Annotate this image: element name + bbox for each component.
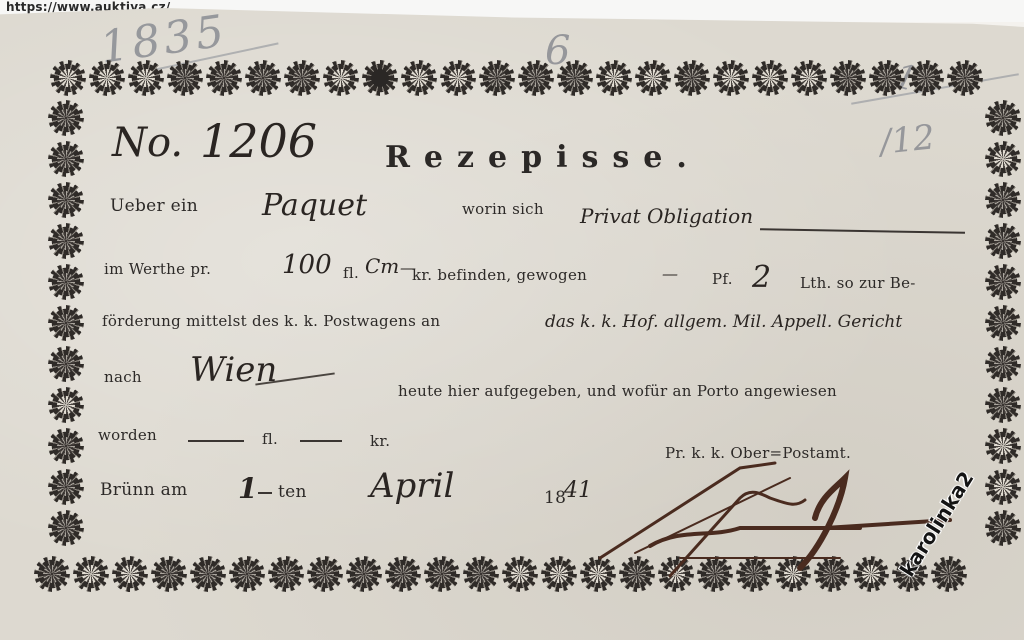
rosette-ornament (518, 60, 554, 96)
rosette-ornament (985, 141, 1021, 177)
line1-middle: worin sich (462, 200, 544, 218)
fl-label: fl. (262, 430, 278, 448)
pf-blank: — (662, 264, 678, 283)
rosette-ornament (791, 60, 827, 96)
rosette-ornament (48, 510, 84, 546)
day-suffix: ten (278, 482, 307, 502)
rosette-ornament (48, 223, 84, 259)
month: April (370, 466, 454, 506)
rosette-ornament (635, 60, 671, 96)
rosette-ornament (385, 556, 421, 592)
rosette-ornament (50, 60, 86, 96)
rosette-ornament (48, 182, 84, 218)
line4-prefix: nach (104, 368, 142, 386)
rosette-ornament (985, 100, 1021, 136)
rosette-ornament (151, 556, 187, 592)
rosette-ornament (985, 182, 1021, 218)
rosette-ornament (48, 346, 84, 382)
rosette-ornament (190, 556, 226, 592)
rosette-ornament (869, 60, 905, 96)
rosette-ornament (479, 60, 515, 96)
item-type: Paquet (262, 188, 367, 223)
rosette-ornament (48, 100, 84, 136)
rosette-ornament (48, 141, 84, 177)
line4-suffix: heute hier aufgegeben, und wofür an Port… (398, 382, 837, 400)
rosette-ornament (48, 387, 84, 423)
rosette-ornament (48, 305, 84, 341)
rosette-ornament (229, 556, 265, 592)
border-right (985, 100, 1021, 546)
day: 1 (238, 472, 257, 505)
fl-blank (188, 440, 244, 442)
rosette-ornament (128, 60, 164, 96)
border-top (50, 60, 983, 96)
line3-prefix: förderung mittelst des k. k. Postwagens … (102, 312, 440, 330)
day-dash (258, 492, 272, 494)
rosette-ornament (362, 60, 398, 96)
line2-prefix: im Werthe pr. (104, 260, 211, 278)
fill-line (760, 228, 965, 233)
rosette-ornament (112, 556, 148, 592)
currency-label: fl. (343, 264, 359, 282)
declared-value: 100 (282, 250, 332, 280)
rosette-ornament (323, 60, 359, 96)
rosette-ornament (463, 556, 499, 592)
rosette-ornament (985, 264, 1021, 300)
rosette-ornament (401, 60, 437, 96)
line5-prefix: worden (98, 426, 157, 444)
rosette-ornament (268, 556, 304, 592)
rosette-ornament (985, 428, 1021, 464)
line1-prefix: Ueber ein (110, 196, 198, 216)
rosette-ornament (947, 60, 983, 96)
rosette-ornament (985, 387, 1021, 423)
rosette-ornament (89, 60, 125, 96)
rosette-ornament (985, 346, 1021, 382)
rosette-ornament (752, 60, 788, 96)
rosette-ornament (48, 469, 84, 505)
border-left (48, 100, 84, 546)
rosette-ornament (73, 556, 109, 592)
rosette-ornament (48, 428, 84, 464)
rosette-ornament (596, 60, 632, 96)
rosette-ornament (440, 60, 476, 96)
rosette-ornament (985, 305, 1021, 341)
rosette-ornament (713, 60, 749, 96)
rosette-ornament (284, 60, 320, 96)
rosette-ornament (541, 556, 577, 592)
rosette-ornament (985, 223, 1021, 259)
rosette-ornament (307, 556, 343, 592)
receipt-number: 1206 (200, 114, 317, 168)
weight-lth: 2 (752, 260, 771, 295)
rosette-ornament (424, 556, 460, 592)
rosette-ornament (557, 60, 593, 96)
line2-suffix: Lth. so zur Be- (800, 274, 916, 292)
rosette-ornament (245, 60, 281, 96)
currency-note: Cm (365, 254, 399, 278)
pencil-fraction-note: /12 (878, 117, 937, 163)
pf-label: Pf. (712, 270, 733, 288)
kr-label: kr. (370, 432, 390, 450)
document-title: Rezepisse. (385, 140, 701, 175)
rosette-ornament (830, 60, 866, 96)
package-contents: Privat Obligation (580, 204, 753, 228)
rosette-ornament (985, 469, 1021, 505)
receipt-number-prefix: No. (112, 120, 183, 166)
destination: Wien (190, 350, 277, 390)
rosette-ornament (908, 60, 944, 96)
line2-kr-label: kr. befinden, gewogen (412, 266, 587, 284)
rosette-ornament (346, 556, 382, 592)
kr-blank-line (300, 440, 342, 442)
place: Brünn am (100, 480, 188, 500)
rosette-ornament (674, 60, 710, 96)
rosette-ornament (502, 556, 538, 592)
recipient: das k. k. Hof. allgem. Mil. Appell. Geri… (545, 312, 902, 332)
rosette-ornament (985, 510, 1021, 546)
rosette-ornament (48, 264, 84, 300)
receipt-document: 1835 6 1 /12 (0, 8, 1024, 640)
rosette-ornament (34, 556, 70, 592)
rosette-ornament (206, 60, 242, 96)
year-printed: 18 (544, 488, 566, 508)
year-handwritten: 41 (564, 478, 592, 503)
rosette-ornament (167, 60, 203, 96)
